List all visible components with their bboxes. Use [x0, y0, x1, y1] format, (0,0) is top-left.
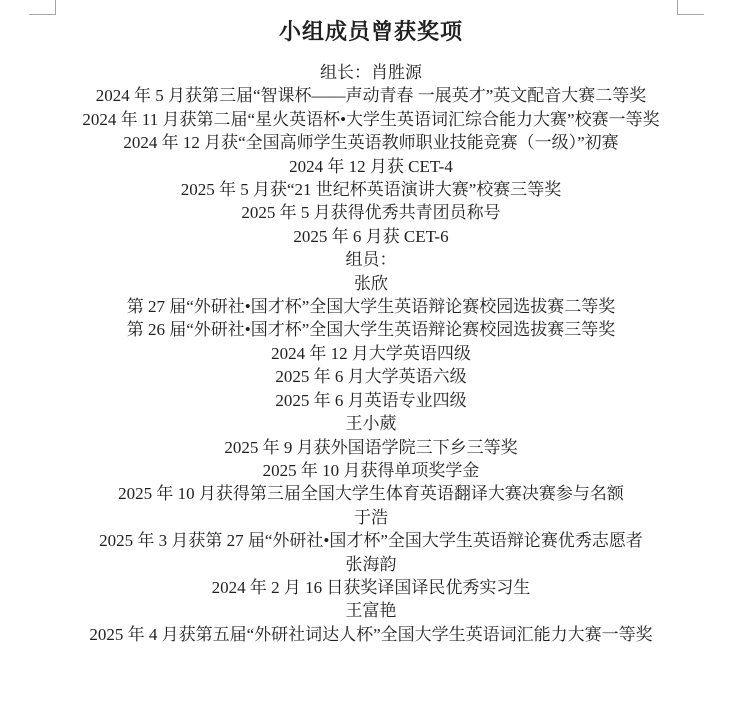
document-line: 2025 年 10 月获得第三届全国大学生体育英语翻译大赛决赛参与名额 [60, 482, 682, 505]
document-line: 王小葳 [60, 412, 682, 435]
document-body: 小组成员曾获奖项 组长：肖胜源2024 年 5 月获第三届“智课杯——声动青春 … [60, 0, 682, 646]
document-line: 2025 年 9 月获外国语学院三下乡三等奖 [60, 436, 682, 459]
document-line: 组员： [60, 248, 682, 271]
document-line: 2025 年 6 月大学英语六级 [60, 365, 682, 388]
document-line: 张海韵 [60, 553, 682, 576]
document-line: 组长：肖胜源 [60, 61, 682, 84]
document-line: 2025 年 5 月获得优秀共青团员称号 [60, 201, 682, 224]
margin-crop-mark-top-left [29, 0, 56, 15]
page-title: 小组成员曾获奖项 [60, 18, 682, 46]
document-line: 2025 年 5 月获“21 世纪杯英语演讲大赛”校赛三等奖 [60, 178, 682, 201]
document-line: 2025 年 3 月获第 27 届“外研社•国才杯”全国大学生英语辩论赛优秀志愿… [60, 529, 682, 552]
document-line: 2025 年 4 月获第五届“外研社词达人杯”全国大学生英语词汇能力大赛一等奖 [60, 623, 682, 646]
document-line: 王富艳 [60, 599, 682, 622]
document-line: 2025 年 6 月英语专业四级 [60, 389, 682, 412]
margin-crop-mark-top-right [677, 0, 704, 15]
document-line: 2024 年 5 月获第三届“智课杯——声动青春 一展英才”英文配音大赛二等奖 [60, 84, 682, 107]
document-line: 第 26 届“外研社•国才杯”全国大学生英语辩论赛校园选拔赛三等奖 [60, 318, 682, 341]
document-line: 张欣 [60, 272, 682, 295]
document-line: 2024 年 11 月获第二届“星火英语杯•大学生英语词汇综合能力大赛”校赛一等… [60, 108, 682, 131]
document-line: 2024 年 12 月获 CET-4 [60, 155, 682, 178]
document-line: 2024 年 12 月大学英语四级 [60, 342, 682, 365]
document-line: 2025 年 10 月获得单项奖学金 [60, 459, 682, 482]
document-page: 小组成员曾获奖项 组长：肖胜源2024 年 5 月获第三届“智课杯——声动青春 … [0, 0, 742, 728]
document-line: 第 27 届“外研社•国才杯”全国大学生英语辩论赛校园选拔赛二等奖 [60, 295, 682, 318]
document-line: 2024 年 12 月获“全国高师学生英语教师职业技能竞赛（一级）”初赛 [60, 131, 682, 154]
document-line: 于浩 [60, 506, 682, 529]
award-list: 组长：肖胜源2024 年 5 月获第三届“智课杯——声动青春 一展英才”英文配音… [60, 61, 682, 646]
document-line: 2024 年 2 月 16 日获奖译国译民优秀实习生 [60, 576, 682, 599]
document-line: 2025 年 6 月获 CET-6 [60, 225, 682, 248]
